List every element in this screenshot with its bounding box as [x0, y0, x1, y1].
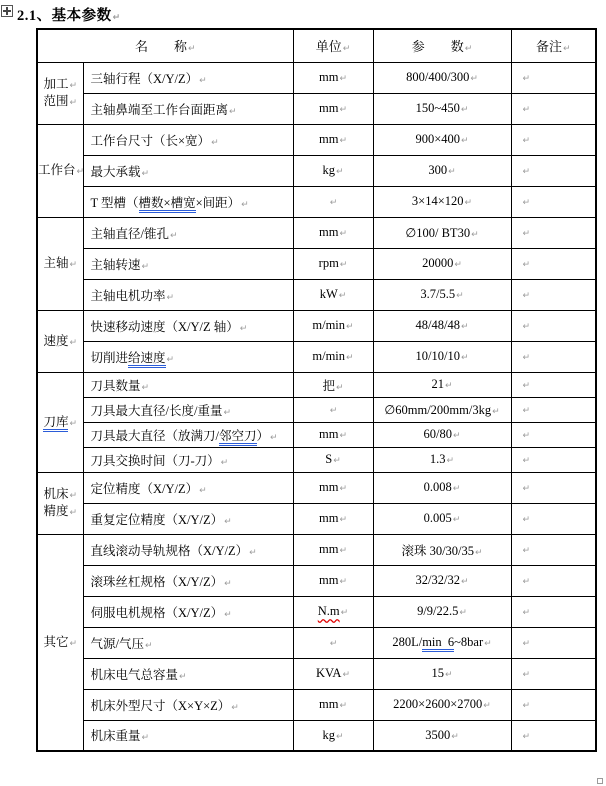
- name-cell[interactable]: 刀具最大直径（放满刀/邻空刀）↵: [83, 422, 293, 447]
- text-run: 20000: [422, 256, 453, 270]
- param-cell[interactable]: 20000↵: [373, 248, 511, 279]
- note-cell[interactable]: ↵: [511, 62, 596, 93]
- paragraph-mark: ↵: [270, 433, 278, 443]
- paragraph-mark: ↵: [523, 577, 531, 587]
- param-cell[interactable]: 3.7/5.5↵: [373, 279, 511, 310]
- note-cell[interactable]: ↵: [511, 93, 596, 124]
- param-cell[interactable]: 10/10/10↵: [373, 341, 511, 372]
- name-cell[interactable]: 刀具最大直径/长度/重量↵: [83, 397, 293, 422]
- group-label-line: 工作台↵: [38, 162, 83, 179]
- name-cell[interactable]: 重复定位精度（X/Y/Z）↵: [83, 503, 293, 534]
- paragraph-mark: ↵: [342, 670, 350, 680]
- table-row: T 型槽（槽数×槽宽×间距）↵↵3×14×120↵↵: [37, 186, 596, 217]
- paragraph-mark: ↵: [465, 198, 473, 208]
- paragraph-mark: ↵: [461, 322, 469, 332]
- table-row: 刀库↵刀具数量↵把↵21↵↵: [37, 372, 596, 397]
- unit-cell[interactable]: mm↵: [293, 422, 373, 447]
- name-cell[interactable]: 刀具数量↵: [83, 372, 293, 397]
- section-heading[interactable]: 2.1、基本参数↵: [17, 4, 121, 25]
- header-cell-unit[interactable]: 单位↵: [293, 29, 373, 62]
- note-cell[interactable]: ↵: [511, 124, 596, 155]
- paragraph-mark: ↵: [483, 701, 491, 711]
- text-run: 刀具数量: [91, 379, 141, 393]
- paragraph-mark: ↵: [523, 136, 531, 146]
- document-page: { "pilcrow": "↵", "heading": { "text": "…: [0, 0, 606, 786]
- text-run: 机床: [43, 487, 68, 501]
- paragraph-mark: ↵: [523, 431, 531, 441]
- table-header-row: 名 称↵ 单位↵ 参 数↵ 备注↵: [37, 29, 596, 62]
- note-cell[interactable]: ↵: [511, 627, 596, 658]
- table-row: 其它↵直线滚动导轨规格（X/Y/Z）↵mm↵滚珠 30/30/35↵↵: [37, 534, 596, 565]
- text-run: 直线滚动导轨规格（X/Y/Z）: [91, 544, 249, 558]
- text-run: 主轴: [43, 256, 68, 270]
- unit-cell[interactable]: mm↵: [293, 689, 373, 720]
- name-cell[interactable]: 快速移动速度（X/Y/Z 轴）↵: [83, 310, 293, 341]
- name-cell[interactable]: 主轴直径/锥孔↵: [83, 217, 293, 248]
- name-cell[interactable]: 主轴转速↵: [83, 248, 293, 279]
- paragraph-mark: ↵: [459, 608, 467, 618]
- table-row: 工作台↵工作台尺寸（长×宽）↵mm↵900×400↵↵: [37, 124, 596, 155]
- param-cell[interactable]: ∅60mm/200mm/3kg↵: [373, 397, 511, 422]
- text-run: 9/9/22.5: [417, 604, 458, 618]
- text-run: N.m: [318, 604, 340, 618]
- param-cell[interactable]: 0.008↵: [373, 472, 511, 503]
- note-cell[interactable]: ↵: [511, 310, 596, 341]
- param-cell[interactable]: 1.3↵: [373, 447, 511, 472]
- text-run: 48/48/48: [416, 318, 460, 332]
- group-label-line: 速度↵: [38, 333, 83, 350]
- paragraph-mark: ↵: [223, 408, 231, 418]
- table-row: 气源/气压↵↵280L/min 6~8bar↵↵: [37, 627, 596, 658]
- text-run: 3.7/5.5: [420, 287, 455, 301]
- group-cell[interactable]: 加工↵范围↵: [37, 62, 83, 124]
- paragraph-mark: ↵: [249, 548, 257, 558]
- group-label-line: 其它↵: [38, 634, 83, 651]
- paragraph-mark: ↵: [448, 167, 456, 177]
- paragraph-mark: ↵: [523, 74, 531, 84]
- name-cell[interactable]: 切削进给速度↵: [83, 341, 293, 372]
- text-run: 1.3: [430, 452, 446, 466]
- paragraph-mark: ↵: [224, 610, 232, 620]
- name-cell[interactable]: 机床外型尺寸（X×Y×Z）↵: [83, 689, 293, 720]
- unit-cell[interactable]: mm↵: [293, 472, 373, 503]
- text-run: 刀具交换时间（刀-刀）: [91, 454, 220, 468]
- paragraph-mark: ↵: [461, 353, 469, 363]
- paragraph-mark: ↵: [339, 105, 347, 115]
- text-run: 60/80: [423, 427, 451, 441]
- paragraph-mark: ↵: [523, 608, 531, 618]
- text-run: 快速移动速度（X/Y/Z 轴）: [91, 320, 239, 334]
- unit-cell[interactable]: kg↵: [293, 720, 373, 751]
- table-row: 主轴↵主轴直径/锥孔↵mm↵∅100/ BT30↵↵: [37, 217, 596, 248]
- text-run: 精度: [43, 504, 68, 518]
- group-cell[interactable]: 工作台↵: [37, 124, 83, 217]
- unit-cell[interactable]: mm↵: [293, 62, 373, 93]
- paragraph-mark: ↵: [69, 419, 77, 429]
- param-cell[interactable]: 3×14×120↵: [373, 186, 511, 217]
- paragraph-mark: ↵: [330, 198, 338, 208]
- paragraph-mark: ↵: [231, 703, 239, 713]
- table-row: 加工↵范围↵三轴行程（X/Y/Z）↵mm↵800/400/300↵↵: [37, 62, 596, 93]
- name-cell[interactable]: 滚珠丝杠规格（X/Y/Z）↵: [83, 565, 293, 596]
- group-cell[interactable]: 速度↵: [37, 310, 83, 372]
- note-cell[interactable]: ↵: [511, 689, 596, 720]
- paragraph-mark: ↵: [221, 458, 229, 468]
- paragraph-mark: ↵: [484, 639, 492, 649]
- paragraph-mark: ↵: [523, 381, 531, 391]
- param-cell[interactable]: 3500↵: [373, 720, 511, 751]
- paragraph-mark: ↵: [69, 260, 77, 270]
- text-run: 槽数×槽宽: [139, 196, 196, 213]
- text-run: 0.008: [424, 480, 452, 494]
- text-run: 给速度: [128, 351, 166, 368]
- param-cell[interactable]: 32/32/32↵: [373, 565, 511, 596]
- note-cell[interactable]: ↵: [511, 397, 596, 422]
- name-cell[interactable]: 工作台尺寸（长×宽）↵: [83, 124, 293, 155]
- table-row: 机床电气总容量↵KVA↵15↵↵: [37, 658, 596, 689]
- paragraph-mark: ↵: [77, 167, 83, 177]
- name-cell[interactable]: 主轴鼻端至工作台面距离↵: [83, 93, 293, 124]
- paragraph-mark: ↵: [340, 260, 348, 270]
- paragraph-mark: ↵: [339, 136, 347, 146]
- text-run: 最大承载: [91, 165, 141, 179]
- text-run: m/min: [312, 349, 345, 363]
- note-cell[interactable]: ↵: [511, 186, 596, 217]
- table-row: 主轴电机功率↵kW↵3.7/5.5↵↵: [37, 279, 596, 310]
- paragraph-mark: ↵: [523, 732, 531, 742]
- paragraph-mark: ↵: [224, 579, 232, 589]
- group-label-line: 机床↵: [38, 486, 83, 503]
- group-cell[interactable]: 主轴↵: [37, 217, 83, 310]
- unit-cell[interactable]: mm↵: [293, 534, 373, 565]
- text-run: 滚珠丝杠规格（X/Y/Z）: [91, 575, 224, 589]
- text-run: kg: [322, 728, 335, 742]
- paragraph-mark: ↵: [170, 231, 178, 241]
- table-row: 速度↵快速移动速度（X/Y/Z 轴）↵m/min↵48/48/48↵↵: [37, 310, 596, 341]
- table-move-handle-icon[interactable]: [1, 5, 13, 17]
- paragraph-mark: ↵: [113, 13, 121, 23]
- name-cell[interactable]: T 型槽（槽数×槽宽×间距）↵: [83, 186, 293, 217]
- text-run: mm: [319, 70, 338, 84]
- param-cell[interactable]: ∅100/ BT30↵: [373, 217, 511, 248]
- paragraph-mark: ↵: [451, 732, 459, 742]
- text-run: 工作台: [38, 163, 76, 177]
- text-run: 900×400: [415, 132, 460, 146]
- text-run: 300: [428, 163, 447, 177]
- text-run: 21: [431, 377, 444, 391]
- param-cell[interactable]: 150~450↵: [373, 93, 511, 124]
- text-run: 加工: [43, 77, 68, 91]
- name-cell[interactable]: 机床电气总容量↵: [83, 658, 293, 689]
- unit-cell[interactable]: mm↵: [293, 503, 373, 534]
- note-cell[interactable]: ↵: [511, 596, 596, 627]
- group-cell[interactable]: 刀库↵: [37, 372, 83, 472]
- text-run: 机床外型尺寸（X×Y×Z）: [91, 699, 231, 713]
- paragraph-mark: ↵: [461, 105, 469, 115]
- paragraph-mark: ↵: [343, 44, 351, 54]
- note-cell[interactable]: ↵: [511, 341, 596, 372]
- param-cell[interactable]: 滚珠 30/30/35↵: [373, 534, 511, 565]
- param-cell[interactable]: 280L/min 6~8bar↵: [373, 627, 511, 658]
- paragraph-mark: ↵: [229, 107, 237, 117]
- paragraph-mark: ↵: [523, 198, 531, 208]
- text-run: 定位精度（X/Y/Z）: [91, 482, 199, 496]
- text-run: m/min: [312, 318, 345, 332]
- paragraph-mark: ↵: [167, 293, 175, 303]
- table-row: 主轴鼻端至工作台面距离↵mm↵150~450↵↵: [37, 93, 596, 124]
- name-cell[interactable]: 主轴电机功率↵: [83, 279, 293, 310]
- paragraph-mark: ↵: [470, 74, 478, 84]
- paragraph-mark: ↵: [563, 44, 571, 54]
- paragraph-mark: ↵: [453, 431, 461, 441]
- paragraph-mark: ↵: [188, 44, 196, 54]
- text-run: 280L/: [392, 635, 422, 649]
- text-run: 主轴鼻端至工作台面距离: [91, 103, 229, 117]
- text-run: 邻空刀: [219, 429, 257, 446]
- paragraph-mark: ↵: [339, 229, 347, 239]
- paragraph-mark: ↵: [69, 508, 77, 518]
- paragraph-mark: ↵: [523, 406, 531, 416]
- name-cell[interactable]: 最大承载↵: [83, 155, 293, 186]
- name-cell[interactable]: 伺服电机规格（X/Y/Z）↵: [83, 596, 293, 627]
- text-run: 刀具最大直径（放满刀/: [91, 429, 219, 443]
- unit-cell[interactable]: mm↵: [293, 565, 373, 596]
- param-cell[interactable]: 2200×2600×2700↵: [373, 689, 511, 720]
- header-cell-param[interactable]: 参 数↵: [373, 29, 511, 62]
- note-cell[interactable]: ↵: [511, 447, 596, 472]
- text-run: mm: [319, 225, 338, 239]
- table-row: 刀具最大直径/长度/重量↵↵∅60mm/200mm/3kg↵↵: [37, 397, 596, 422]
- note-cell[interactable]: ↵: [511, 279, 596, 310]
- paragraph-mark: ↵: [330, 406, 338, 416]
- group-cell[interactable]: 机床↵精度↵: [37, 472, 83, 534]
- table-row: 切削进给速度↵m/min↵10/10/10↵↵: [37, 341, 596, 372]
- paragraph-mark: ↵: [523, 105, 531, 115]
- paragraph-mark: ↵: [145, 641, 153, 651]
- paragraph-mark: ↵: [523, 515, 531, 525]
- table-row: 刀具交换时间（刀-刀）↵S↵1.3↵↵: [37, 447, 596, 472]
- unit-cell[interactable]: N.m↵: [293, 596, 373, 627]
- name-cell[interactable]: 直线滚动导轨规格（X/Y/Z）↵: [83, 534, 293, 565]
- text-run: mm: [319, 480, 338, 494]
- paragraph-mark: ↵: [523, 353, 531, 363]
- paragraph-mark: ↵: [471, 230, 479, 240]
- text-run: kW: [320, 287, 338, 301]
- paragraph-mark: ↵: [523, 546, 531, 556]
- paragraph-mark: ↵: [179, 672, 187, 682]
- param-cell[interactable]: 300↵: [373, 155, 511, 186]
- paragraph-mark: ↵: [523, 639, 531, 649]
- table-row: 滚珠丝杠规格（X/Y/Z）↵mm↵32/32/32↵↵: [37, 565, 596, 596]
- paragraph-mark: ↵: [339, 431, 347, 441]
- unit-cell[interactable]: m/min↵: [293, 341, 373, 372]
- text-run: 切削进: [91, 351, 129, 365]
- paragraph-mark: ↵: [465, 44, 473, 54]
- text-run: T 型槽（: [91, 196, 139, 210]
- paragraph-mark: ↵: [69, 98, 77, 108]
- paragraph-mark: ↵: [199, 486, 207, 496]
- text-run: 15: [431, 666, 444, 680]
- note-cell[interactable]: ↵: [511, 155, 596, 186]
- paragraph-mark: ↵: [336, 167, 344, 177]
- note-cell[interactable]: ↵: [511, 422, 596, 447]
- text-run: mm: [319, 511, 338, 525]
- paragraph-mark: ↵: [461, 136, 469, 146]
- name-cell[interactable]: 刀具交换时间（刀-刀）↵: [83, 447, 293, 472]
- paragraph-mark: ↵: [523, 291, 531, 301]
- text-run: 3500: [425, 728, 450, 742]
- paragraph-mark: ↵: [240, 324, 248, 334]
- table-row: 最大承载↵kg↵300↵↵: [37, 155, 596, 186]
- text-run: mm: [319, 697, 338, 711]
- paragraph-mark: ↵: [523, 167, 531, 177]
- param-cell[interactable]: 900×400↵: [373, 124, 511, 155]
- text-run: ~8bar: [454, 635, 483, 649]
- paragraph-mark: ↵: [339, 701, 347, 711]
- paragraph-mark: ↵: [339, 577, 347, 587]
- note-cell[interactable]: ↵: [511, 720, 596, 751]
- unit-cell[interactable]: rpm↵: [293, 248, 373, 279]
- text-run: 重复定位精度（X/Y/Z）: [91, 513, 224, 527]
- paragraph-mark: ↵: [339, 291, 347, 301]
- name-cell[interactable]: 机床重量↵: [83, 720, 293, 751]
- note-cell[interactable]: ↵: [511, 217, 596, 248]
- param-cell[interactable]: 21↵: [373, 372, 511, 397]
- unit-cell[interactable]: 把↵: [293, 372, 373, 397]
- param-cell[interactable]: 800/400/300↵: [373, 62, 511, 93]
- header-cell-note[interactable]: 备注↵: [511, 29, 596, 62]
- unit-cell[interactable]: mm↵: [293, 217, 373, 248]
- unit-cell[interactable]: mm↵: [293, 93, 373, 124]
- table-body: 加工↵范围↵三轴行程（X/Y/Z）↵mm↵800/400/300↵↵主轴鼻端至工…: [37, 62, 596, 751]
- unit-cell[interactable]: ↵: [293, 627, 373, 658]
- table-row: 伺服电机规格（X/Y/Z）↵N.m↵9/9/22.5↵↵: [37, 596, 596, 627]
- unit-cell[interactable]: KVA↵: [293, 658, 373, 689]
- table-row: 机床外型尺寸（X×Y×Z）↵mm↵2200×2600×2700↵↵: [37, 689, 596, 720]
- paragraph-mark: ↵: [523, 484, 531, 494]
- paragraph-mark: ↵: [346, 322, 354, 332]
- paragraph-mark: ↵: [69, 81, 77, 91]
- text-run: ∅100/ BT30: [405, 226, 470, 240]
- text-run: 主轴转速: [91, 258, 141, 272]
- paragraph-mark: ↵: [69, 639, 77, 649]
- section-heading-text: 2.1、基本参数: [17, 8, 112, 24]
- note-cell[interactable]: ↵: [511, 503, 596, 534]
- paragraph-mark: ↵: [456, 291, 464, 301]
- note-cell[interactable]: ↵: [511, 372, 596, 397]
- paragraph-mark: ↵: [199, 76, 207, 86]
- paragraph-mark: ↵: [142, 169, 150, 179]
- paragraph-mark: ↵: [142, 383, 150, 393]
- text-run: 三轴行程（X/Y/Z）: [91, 72, 199, 86]
- text-run: 机床电气总容量: [91, 668, 179, 682]
- group-cell[interactable]: 其它↵: [37, 534, 83, 751]
- unit-cell[interactable]: kW↵: [293, 279, 373, 310]
- param-cell[interactable]: 48/48/48↵: [373, 310, 511, 341]
- text-run: KVA: [316, 666, 341, 680]
- text-run: 气源/气压: [91, 637, 144, 651]
- text-run: mm: [319, 542, 338, 556]
- paragraph-mark: ↵: [523, 701, 531, 711]
- parameters-table: 名 称↵ 单位↵ 参 数↵ 备注↵ 加工↵范围↵三轴行程（X/Y/Z）↵mm↵8…: [36, 28, 597, 752]
- paragraph-mark: ↵: [461, 577, 469, 587]
- unit-cell[interactable]: kg↵: [293, 155, 373, 186]
- paragraph-mark: ↵: [523, 456, 531, 466]
- paragraph-mark: ↵: [492, 407, 500, 417]
- text-run: S: [325, 452, 332, 466]
- group-label-line: 主轴↵: [38, 255, 83, 272]
- note-cell[interactable]: ↵: [511, 534, 596, 565]
- text-run: 滚珠 30/30/35: [401, 544, 474, 558]
- unit-cell[interactable]: m/min↵: [293, 310, 373, 341]
- param-cell[interactable]: 15↵: [373, 658, 511, 689]
- paragraph-mark: ↵: [523, 229, 531, 239]
- paragraph-mark: ↵: [475, 548, 483, 558]
- note-cell[interactable]: ↵: [511, 472, 596, 503]
- name-cell[interactable]: 气源/气压↵: [83, 627, 293, 658]
- unit-cell[interactable]: ↵: [293, 397, 373, 422]
- text-run: kg: [322, 163, 335, 177]
- paragraph-mark: ↵: [447, 456, 455, 466]
- note-cell[interactable]: ↵: [511, 565, 596, 596]
- param-cell[interactable]: 60/80↵: [373, 422, 511, 447]
- paragraph-mark: ↵: [333, 456, 341, 466]
- paragraph-mark: ↵: [445, 670, 453, 680]
- text-run: ×间距）: [196, 196, 241, 210]
- group-label-line: 加工↵: [38, 76, 83, 93]
- text-run: 主轴电机功率: [91, 289, 166, 303]
- paragraph-mark: ↵: [336, 383, 344, 393]
- text-run: 刀库: [43, 415, 68, 432]
- paragraph-mark: ↵: [454, 260, 462, 270]
- text-run: 速度: [43, 334, 68, 348]
- paragraph-mark: ↵: [339, 546, 347, 556]
- text-run: 2200×2600×2700: [393, 697, 482, 711]
- paragraph-mark: ↵: [453, 484, 461, 494]
- paragraph-mark: ↵: [167, 355, 175, 365]
- group-label-line: 刀库↵: [38, 414, 83, 431]
- param-cell[interactable]: 9/9/22.5↵: [373, 596, 511, 627]
- paragraph-mark: ↵: [346, 353, 354, 363]
- paragraph-mark: ↵: [339, 74, 347, 84]
- text-run: 机床重量: [91, 729, 141, 743]
- param-cell[interactable]: 0.005↵: [373, 503, 511, 534]
- paragraph-mark: ↵: [142, 733, 150, 743]
- paragraph-mark: ↵: [330, 639, 338, 649]
- unit-cell[interactable]: ↵: [293, 186, 373, 217]
- header-cell-name[interactable]: 名 称↵: [37, 29, 293, 62]
- note-cell[interactable]: ↵: [511, 658, 596, 689]
- table-row: 机床重量↵kg↵3500↵↵: [37, 720, 596, 751]
- text-run: 其它: [43, 635, 68, 649]
- paragraph-mark: ↵: [224, 517, 232, 527]
- text-run: mm: [319, 427, 338, 441]
- unit-cell[interactable]: mm↵: [293, 124, 373, 155]
- name-cell[interactable]: 定位精度（X/Y/Z）↵: [83, 472, 293, 503]
- text-run: 10/10/10: [416, 349, 460, 363]
- table-resize-handle[interactable]: [597, 778, 603, 784]
- table-row: 重复定位精度（X/Y/Z）↵mm↵0.005↵↵: [37, 503, 596, 534]
- text-run: min 6: [422, 635, 454, 652]
- paragraph-mark: ↵: [142, 262, 150, 272]
- unit-cell[interactable]: S↵: [293, 447, 373, 472]
- note-cell[interactable]: ↵: [511, 248, 596, 279]
- paragraph-mark: ↵: [69, 491, 77, 501]
- text-run: rpm: [319, 256, 339, 270]
- name-cell[interactable]: 三轴行程（X/Y/Z）↵: [83, 62, 293, 93]
- paragraph-mark: ↵: [336, 732, 344, 742]
- text-run: mm: [319, 101, 338, 115]
